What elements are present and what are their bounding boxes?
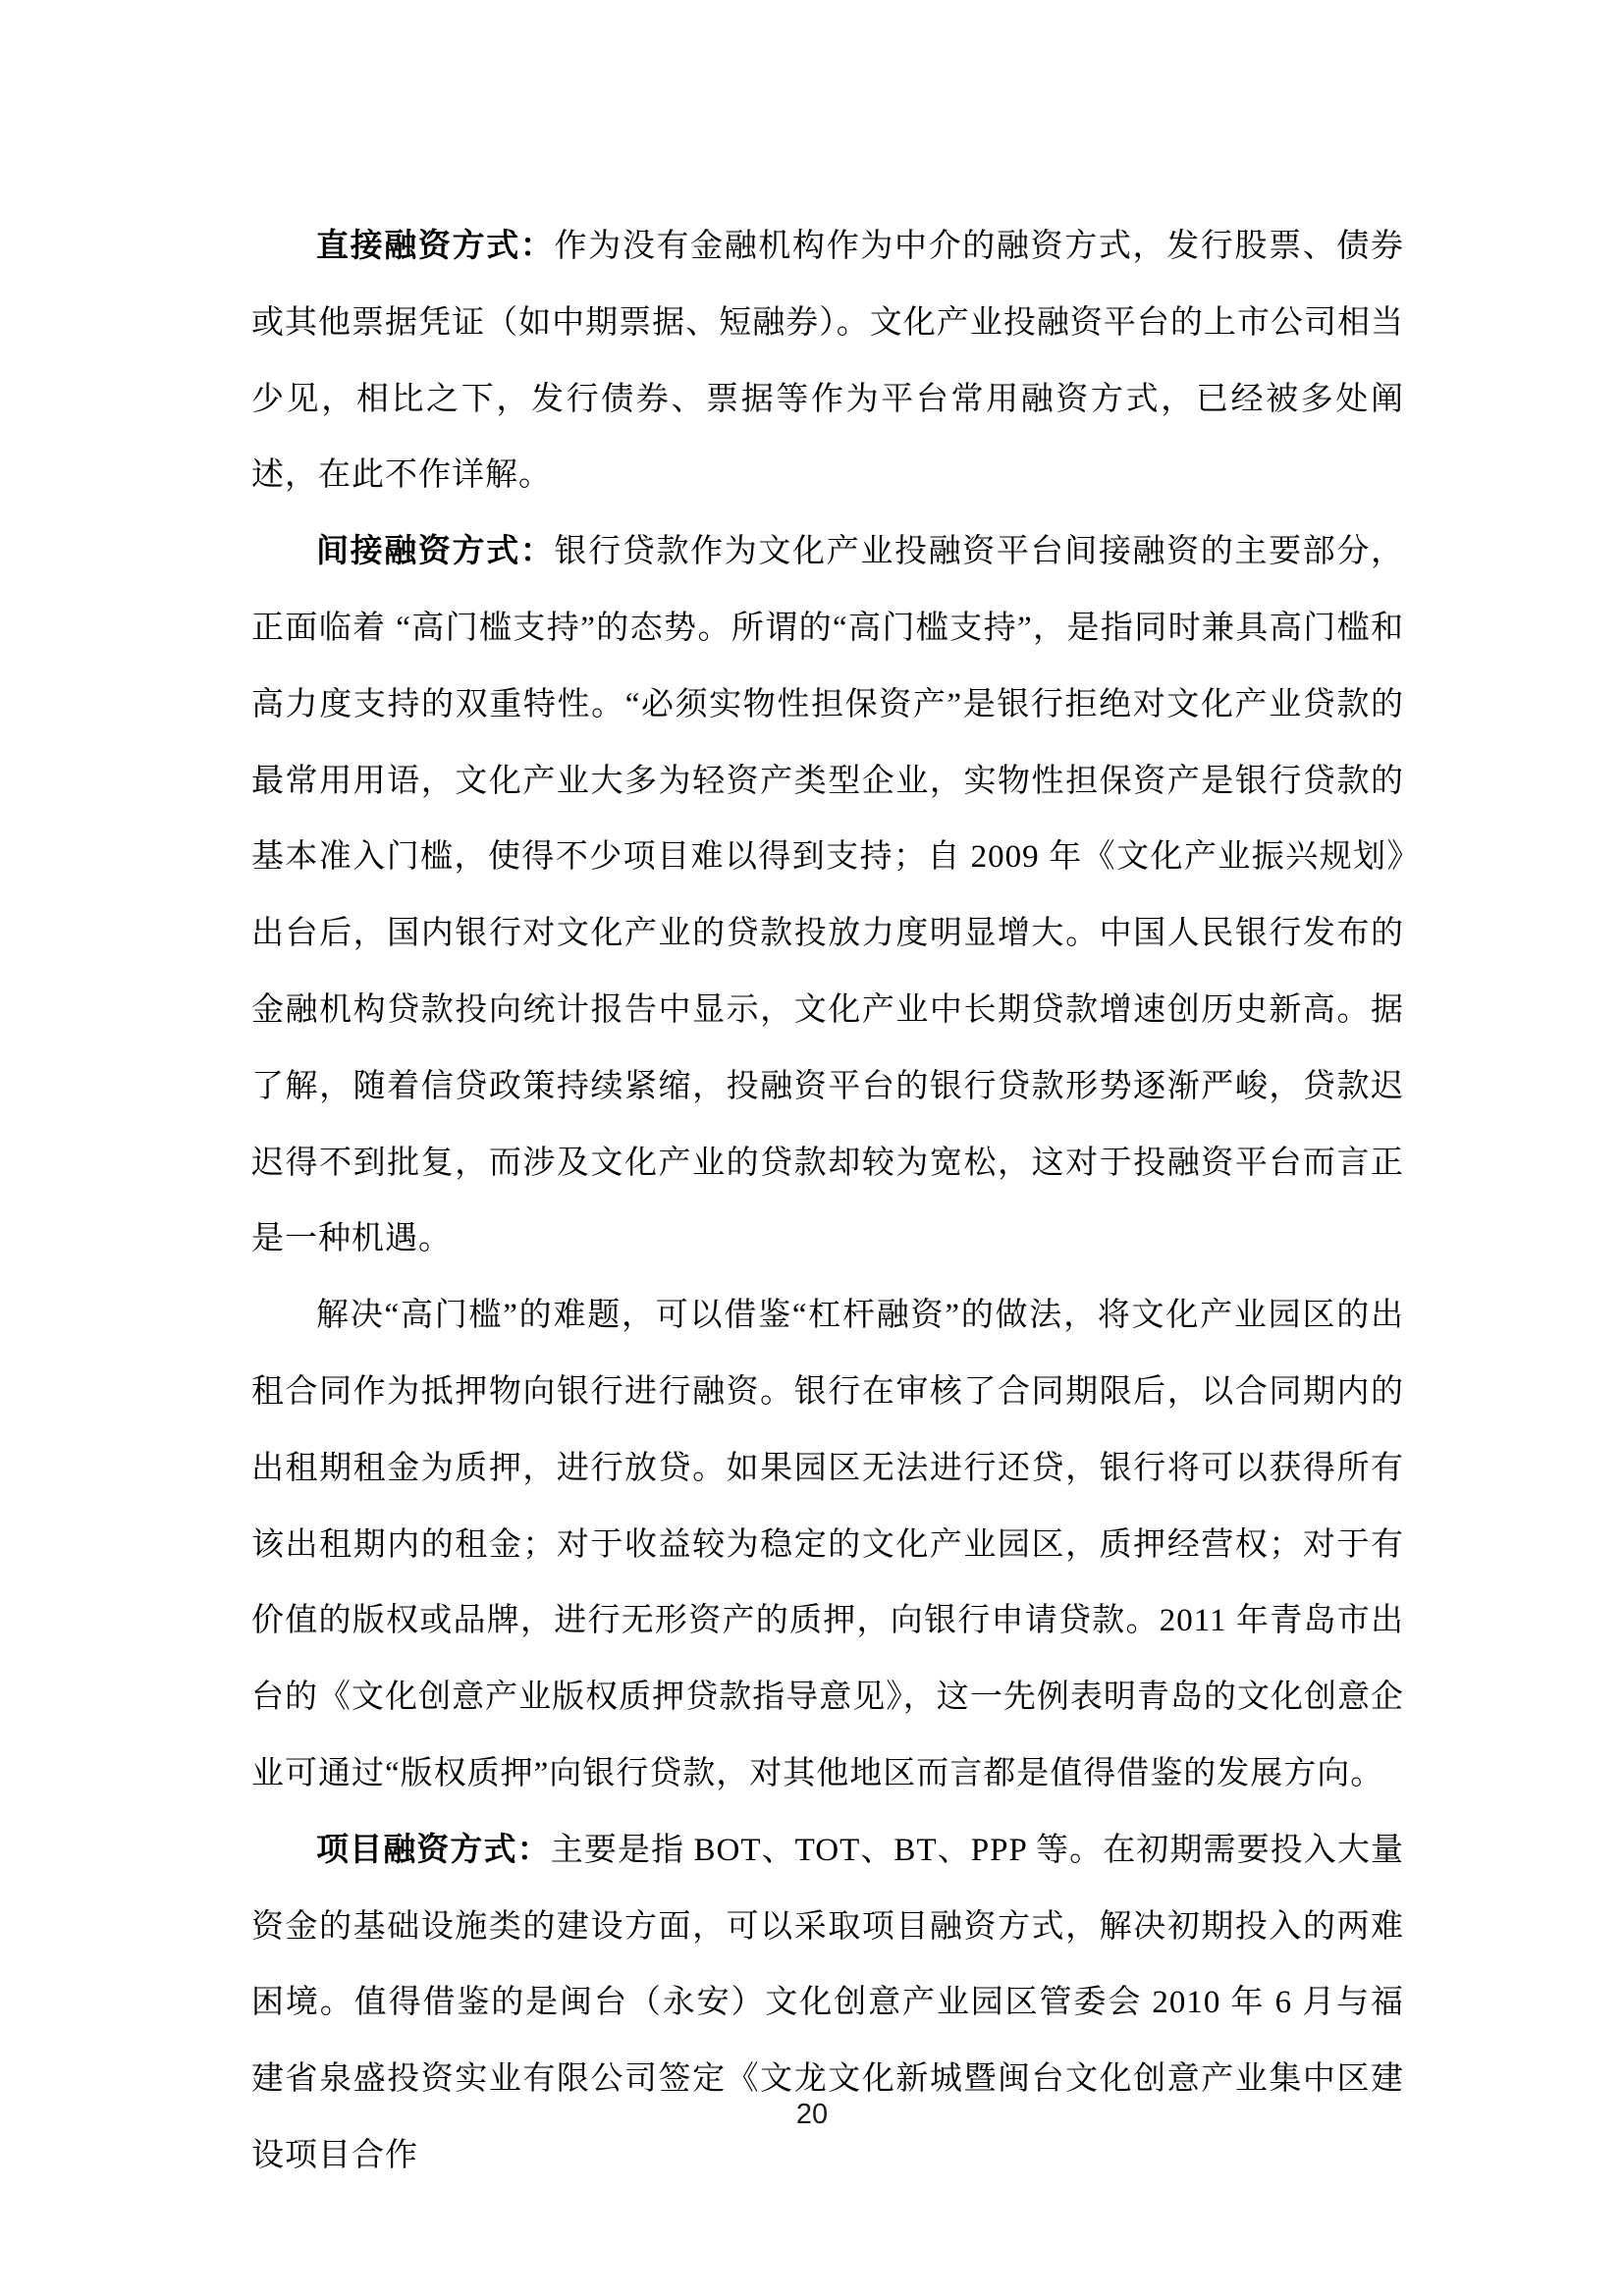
- paragraph-body-direct-financing: 作为没有金融机构作为中介的融资方式，发行股票、债券或其他票据凭证（如中期票据、短…: [251, 229, 1404, 493]
- paragraph-body-leverage-financing: 解决“高门槛”的难题，可以借鉴“杠杆融资”的做法，将文化产业园区的出租合同作为抵…: [251, 1298, 1404, 1791]
- paragraph-lead-indirect-financing: 间接融资方式：: [316, 534, 555, 569]
- paragraph-indirect-financing: 间接融资方式：银行贷款作为文化产业投融资平台间接融资的主要部分，正面临着 “高门…: [251, 514, 1404, 1278]
- page-text-content: 直接融资方式：作为没有金融机构作为中介的融资方式，发行股票、债券或其他票据凭证（…: [251, 209, 1404, 2195]
- paragraph-leverage-financing: 解决“高门槛”的难题，可以借鉴“杠杆融资”的做法，将文化产业园区的出租合同作为抵…: [251, 1278, 1404, 1813]
- paragraph-direct-financing: 直接融资方式：作为没有金融机构作为中介的融资方式，发行股票、债券或其他票据凭证（…: [251, 209, 1404, 514]
- paragraph-lead-project-financing: 项目融资方式：: [316, 1833, 551, 1868]
- paragraph-lead-direct-financing: 直接融资方式：: [316, 229, 555, 264]
- paragraph-project-financing: 项目融资方式：主要是指 BOT、TOT、BT、PPP 等。在初期需要投入大量资金…: [251, 1813, 1404, 2195]
- paragraph-body-indirect-financing: 银行贷款作为文化产业投融资平台间接融资的主要部分，正面临着 “高门槛支持”的态势…: [251, 534, 1404, 1256]
- page-number: 20: [0, 2099, 1624, 2130]
- document-page: 直接融资方式：作为没有金融机构作为中介的融资方式，发行股票、债券或其他票据凭证（…: [0, 0, 1624, 2296]
